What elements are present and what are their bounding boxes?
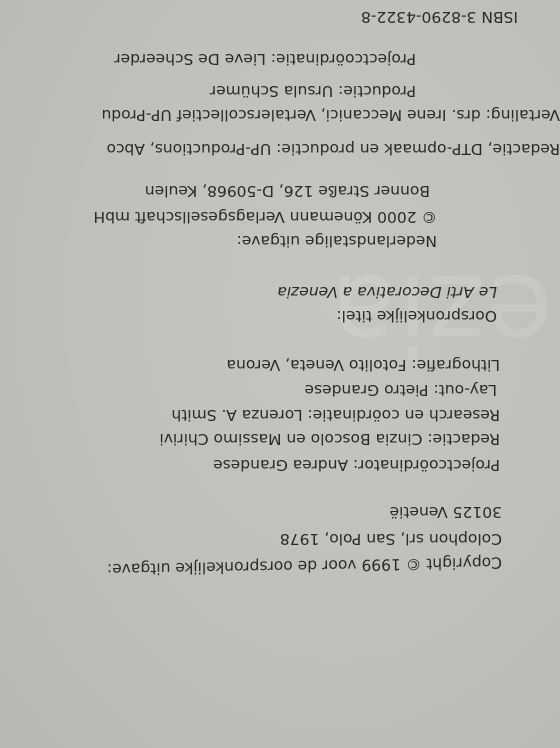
original-copyright: Copyright © 1999 voor de oorspronkelijke…: [92, 553, 502, 578]
dutch-edition-label: Nederlandstalige uitgave:: [213, 232, 437, 250]
dutch-credit-production: Productie: Ursula Schümer: [0, 82, 416, 100]
original-publisher-city: 30125 Venetië: [372, 503, 502, 521]
original-title: Le Arti Decorativa a Venezia: [257, 283, 497, 301]
original-title-label: Oorspronkelijke titel:: [317, 307, 497, 325]
dutch-edition-address: Bonner Straße 126, D-50968, Keulen: [130, 182, 430, 200]
credit-lithography: Lithografie: Fotolito Veneta, Verona: [210, 356, 500, 374]
colophon-page: Venezia ISBN 3-8290-4322-8 Projectcoördi…: [0, 0, 560, 748]
credit-project-coordinator: Projectcoördinator: Andrea Grandese: [193, 456, 500, 474]
isbn: ISBN 3-8290-4322-8: [318, 8, 518, 26]
dutch-credit-translation: Vertaling: drs. Irene Meccanici, Vertale…: [0, 106, 560, 124]
credit-layout: Lay-out: Pietro Grandese: [297, 381, 497, 399]
dutch-credit-projectcoordination: Projectcoördinatie: Lieve De Scheerder: [0, 50, 416, 68]
credit-editing: Redactie: Cinzia Boscolo en Massimo Chir…: [150, 430, 500, 448]
dutch-edition-copyright: © 2000 Könemann Verlagsgesellschaft mbH: [97, 208, 437, 226]
original-publisher: Colophon srl, San Polo, 1978: [262, 530, 502, 548]
credit-research: Research en coördinatie: Lorenza A. Smit…: [150, 406, 500, 424]
dutch-credit-editing: Redactie, DTP-opmaak en productie: UP-Pr…: [0, 140, 560, 158]
